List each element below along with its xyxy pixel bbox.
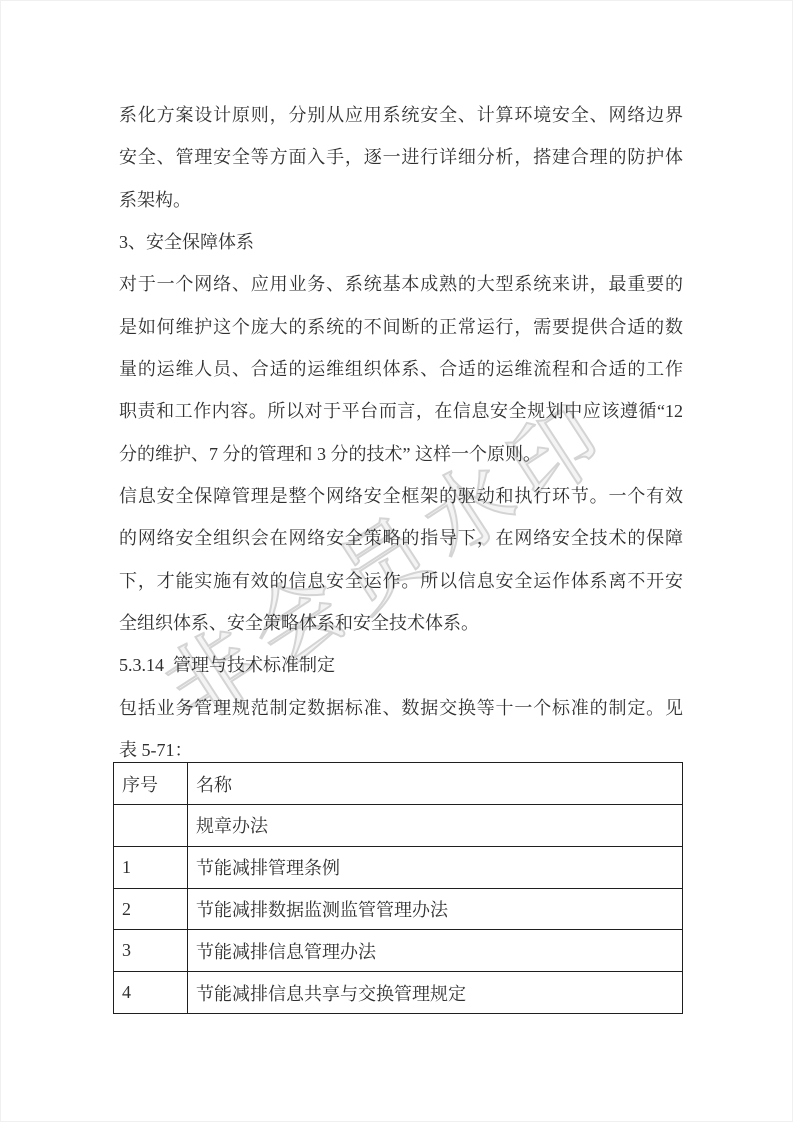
standards-table: 序号 名称 规章办法 1 节能减排管理条例 2 节能减排数据监测监管管理办法 3: [113, 762, 683, 1014]
paragraph-line: 的网络安全组织会在网络安全策略的指导下，在网络安全技术的保障: [119, 517, 683, 559]
table-cell: 2: [114, 888, 188, 930]
paragraph-line: 信息安全保障管理是整个网络安全框架的驱动和执行环节。一个有效: [119, 475, 683, 517]
page-content: 系化方案设计原则，分别从应用系统安全、计算环境安全、网络边界 安全、管理安全等方…: [119, 94, 683, 1014]
paragraph-line: 下，才能实施有效的信息安全运作。所以信息安全运作体系离不开安: [119, 560, 683, 602]
table-cell: 规章办法: [188, 805, 683, 847]
table-cell: 节能减排信息管理办法: [188, 930, 683, 972]
paragraph-line: 分的维护、7 分的管理和 3 分的技术” 这样一个原则。: [119, 433, 683, 475]
paragraph-line: 量的运维人员、合适的运维组织体系、合适的运维流程和合适的工作: [119, 348, 683, 390]
table-cell: [114, 805, 188, 847]
table-row: 3 节能减排信息管理办法: [114, 930, 683, 972]
table-cell: 节能减排管理条例: [188, 846, 683, 888]
table-cell: 节能减排信息共享与交换管理规定: [188, 972, 683, 1014]
table-header-cell: 名称: [188, 763, 683, 805]
table-header-row: 序号 名称: [114, 763, 683, 805]
document-page: 非会员水印 系化方案设计原则，分别从应用系统安全、计算环境安全、网络边界 安全、…: [0, 0, 793, 1122]
paragraph-line: 全组织体系、安全策略体系和安全技术体系。: [119, 602, 683, 644]
section-heading: 5.3.14 管理与技术标准制定: [119, 644, 683, 686]
table-row: 2 节能减排数据监测监管管理办法: [114, 888, 683, 930]
table-cell: 3: [114, 930, 188, 972]
section-heading: 3、安全保障体系: [119, 221, 683, 263]
paragraph-line: 包括业务管理规范制定数据标准、数据交换等十一个标准的制定。见: [119, 687, 683, 729]
table-cell: 1: [114, 846, 188, 888]
paragraph-line: 是如何维护这个庞大的系统的不间断的正常运行，需要提供合适的数: [119, 306, 683, 348]
paragraph-line: 系化方案设计原则，分别从应用系统安全、计算环境安全、网络边界: [119, 94, 683, 136]
table-cell: 节能减排数据监测监管管理办法: [188, 888, 683, 930]
table-row: 4 节能减排信息共享与交换管理规定: [114, 972, 683, 1014]
paragraph-line: 对于一个网络、应用业务、系统基本成熟的大型系统来讲，最重要的: [119, 263, 683, 305]
paragraph-line: 职责和工作内容。所以对于平台而言，在信息安全规划中应该遵循“12: [119, 390, 683, 432]
table-row: 1 节能减排管理条例: [114, 846, 683, 888]
paragraph-line: 安全、管理安全等方面入手，逐一进行详细分析，搭建合理的防护体: [119, 136, 683, 178]
paragraph-line: 系架构。: [119, 179, 683, 221]
table-row: 规章办法: [114, 805, 683, 847]
table-cell: 4: [114, 972, 188, 1014]
